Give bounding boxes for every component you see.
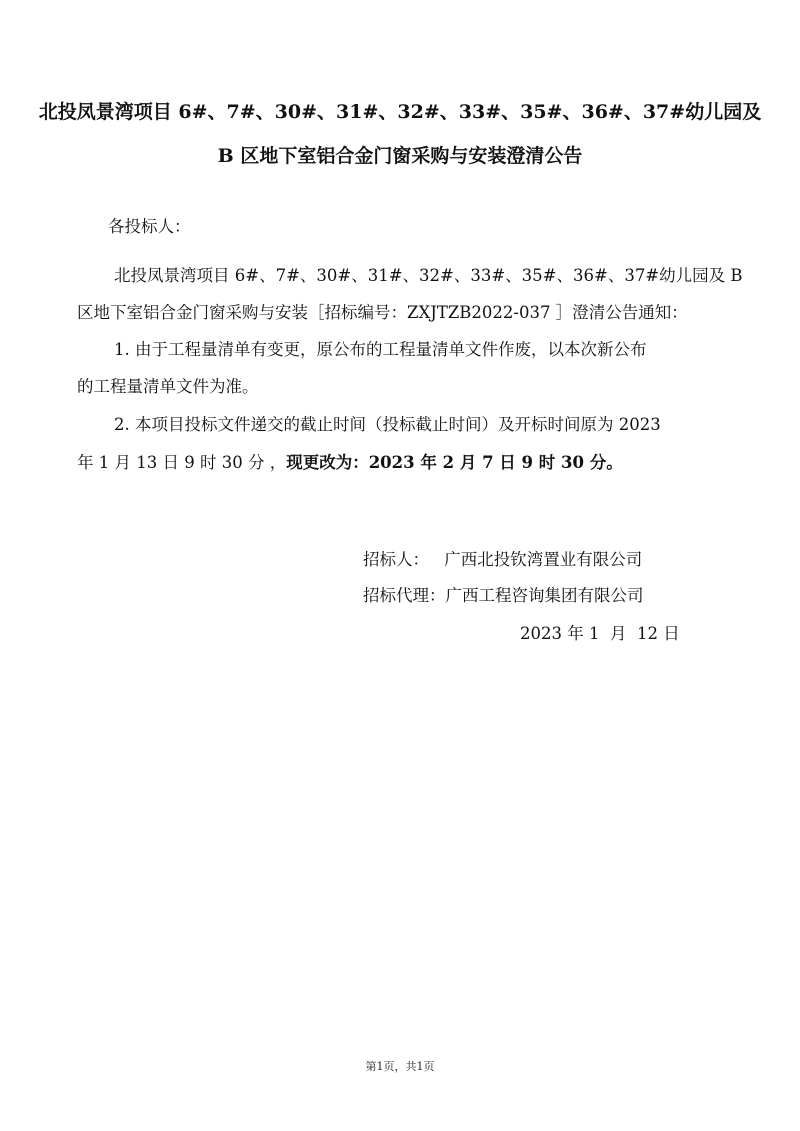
item-1-line-1: 1. 由于工程量清单有变更，原公布的工程量清单文件作废，以本次新公布 bbox=[114, 336, 647, 360]
tenderer-name: 广西北投钦湾置业有限公司 bbox=[444, 550, 642, 569]
tenderer-line: 招标人： 广西北投钦湾置业有限公司 bbox=[363, 546, 642, 570]
new-deadline: 现更改为：2023 年 2 月 7 日 9 时 30 分。 bbox=[286, 453, 623, 472]
document-title-line-2: B 区地下室铝合金门窗采购与安装澄清公告 bbox=[0, 141, 800, 168]
intro-line-1: 北投凤景湾项目 6#、7#、30#、31#、32#、33#、35#、36#、37… bbox=[114, 262, 743, 286]
page-footer: 第1页，共1页 bbox=[0, 1058, 800, 1074]
item-2-line-1: 2. 本项目投标文件递交的截止时间（投标截止时间）及开标时间原为 2023 bbox=[114, 411, 661, 435]
agent-name: 广西工程咨询集团有限公司 bbox=[446, 586, 644, 605]
intro-line-2: 区地下室铝合金门窗采购与安装［招标编号：ZXJTZB2022-037 ］澄清公告… bbox=[77, 299, 688, 323]
signature-date: 2023 年 1 月 12 日 bbox=[520, 620, 680, 644]
document-title-line-1: 北投凤景湾项目 6#、7#、30#、31#、32#、33#、35#、36#、37… bbox=[0, 97, 800, 124]
tenderer-label: 招标人： bbox=[363, 550, 429, 569]
agent-line: 招标代理：广西工程咨询集团有限公司 bbox=[363, 582, 644, 606]
salutation: 各投标人： bbox=[108, 213, 191, 237]
item-2-line-2: 年 1 月 13 日 9 时 30 分 ，现更改为：2023 年 2 月 7 日… bbox=[77, 449, 623, 473]
agent-label: 招标代理： bbox=[363, 586, 446, 605]
original-deadline: 年 1 月 13 日 9 时 30 分 ， bbox=[77, 453, 286, 472]
item-1-line-2: 的工程量清单文件为准。 bbox=[77, 373, 259, 397]
